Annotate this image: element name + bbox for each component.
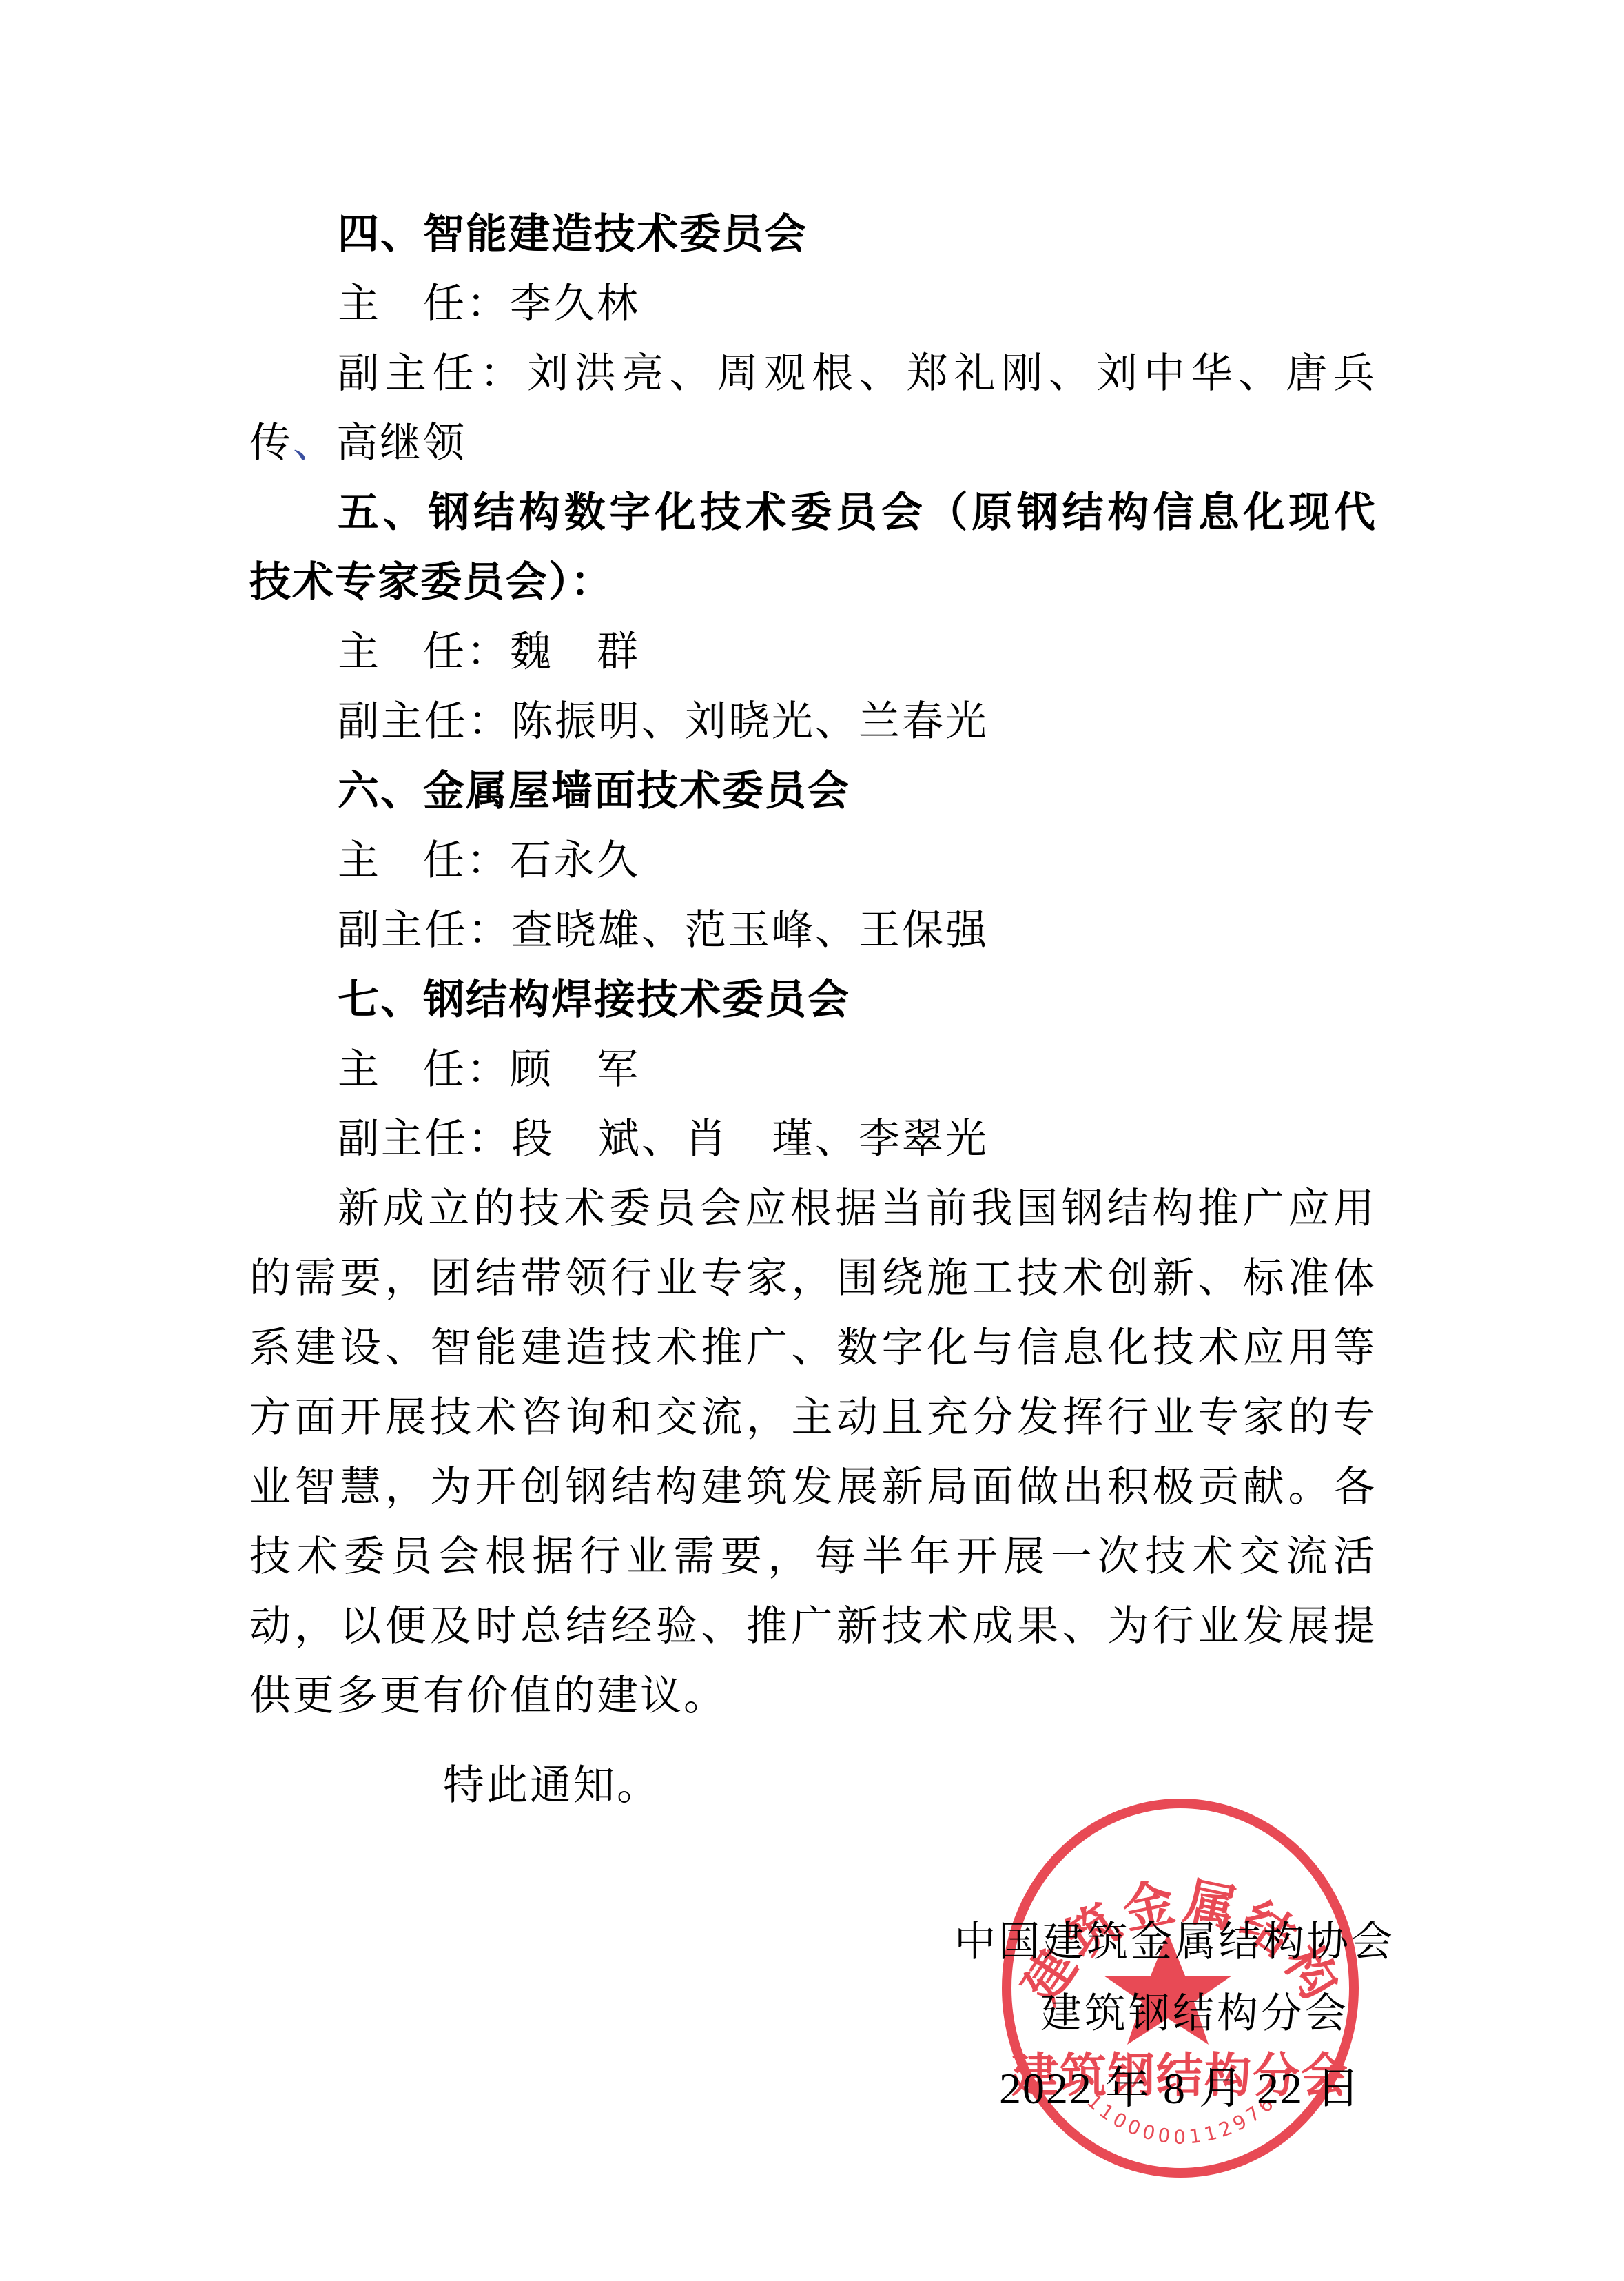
deputy-names-cont-a: 传	[249, 419, 293, 467]
director-label-char1: 主	[338, 826, 423, 896]
paragraph-line: 技术委员会根据行业需要，每半年开展一次技术交流活	[249, 1522, 1377, 1592]
paragraph-line: 的需要，团结带领行业专家，围绕施工技术创新、标准体	[249, 1244, 1377, 1313]
deputy-label: 副主任：	[338, 906, 511, 954]
deputy-label: 副主任：	[338, 349, 527, 398]
document-body: 四、智能建造技术委员会 主任：李久林 副主任：刘洪亮、周观根、郑礼刚、刘中华、唐…	[249, 200, 1377, 1731]
paragraph-line: 系建设、智能建造技术推广、数字化与信息化技术应用等	[249, 1313, 1377, 1383]
deputy-names: 段 斌、肖 瑾、李翠光	[511, 1115, 989, 1163]
director-label-char2: 任：	[423, 837, 510, 885]
paragraph-line: 业智慧，为开创钢结构建筑发展新局面做出积极贡献。各	[249, 1453, 1377, 1522]
deputy-names: 陈振明、刘晓光、兰春光	[511, 697, 989, 746]
director-name: 石永久	[510, 837, 640, 885]
closing-notice: 特此通知。	[443, 1751, 660, 1821]
deputy-line-6: 副主任：查晓雄、范玉峰、王保强	[249, 896, 1377, 965]
document-page: 四、智能建造技术委员会 主任：李久林 副主任：刘洪亮、周观根、郑礼刚、刘中华、唐…	[0, 0, 1624, 2281]
deputy-line-4-cont: 传、高继领	[249, 409, 1377, 478]
signature-branch: 建筑钢结构分会	[1040, 1986, 1349, 2041]
signature-organization: 中国建筑金属结构协会	[954, 1914, 1395, 1970]
paragraph-line: 动，以便及时总结经验、推广新技术成果、为行业发展提	[249, 1592, 1377, 1661]
deputy-names-cont-b: 高继领	[336, 419, 466, 467]
director-label-char2: 任：	[423, 628, 510, 676]
deputy-separator: 、	[293, 419, 336, 467]
deputy-line-5: 副主任：陈振明、刘晓光、兰春光	[249, 687, 1377, 757]
section-heading-5-cont: 技术专家委员会）：	[249, 548, 1377, 617]
director-label-char1: 主	[338, 1035, 423, 1105]
section-heading-7: 七、钢结构焊接技术委员会	[249, 965, 1377, 1035]
director-label-char1: 主	[338, 269, 423, 339]
signature-date: 2022 年 8 月 22 日	[999, 2061, 1361, 2116]
director-name: 顾 军	[510, 1045, 640, 1094]
paragraph-line: 新成立的技术委员会应根据当前我国钢结构推广应用	[249, 1174, 1377, 1244]
section-heading-4: 四、智能建造技术委员会	[249, 200, 1377, 269]
body-paragraph: 新成立的技术委员会应根据当前我国钢结构推广应用 的需要，团结带领行业专家，围绕施…	[249, 1174, 1377, 1731]
deputy-names: 刘洪亮、周观根、郑礼刚、刘中华、唐兵	[527, 349, 1377, 398]
section-heading-6: 六、金属屋墙面技术委员会	[249, 757, 1377, 826]
director-line-7: 主任：顾 军	[249, 1035, 1377, 1105]
deputy-line-4: 副主任：刘洪亮、周观根、郑礼刚、刘中华、唐兵	[249, 339, 1377, 409]
director-line-6: 主任：石永久	[249, 826, 1377, 896]
section-heading-5: 五、钢结构数字化技术委员会（原钢结构信息化现代	[249, 478, 1377, 548]
director-label-char2: 任：	[423, 280, 510, 328]
director-label-char1: 主	[338, 617, 423, 687]
director-name: 魏 群	[510, 628, 640, 676]
deputy-label: 副主任：	[338, 1115, 511, 1163]
deputy-line-7: 副主任：段 斌、肖 瑾、李翠光	[249, 1105, 1377, 1174]
deputy-label: 副主任：	[338, 697, 511, 746]
director-line-5: 主任：魏 群	[249, 617, 1377, 687]
director-label-char2: 任：	[423, 1045, 510, 1094]
paragraph-line: 方面开展技术咨询和交流，主动且充分发挥行业专家的专	[249, 1383, 1377, 1453]
paragraph-line: 供更多更有价值的建议。	[249, 1661, 1377, 1731]
deputy-names: 查晓雄、范玉峰、王保强	[511, 906, 989, 954]
director-line-4: 主任：李久林	[249, 269, 1377, 339]
director-name: 李久林	[510, 280, 640, 328]
